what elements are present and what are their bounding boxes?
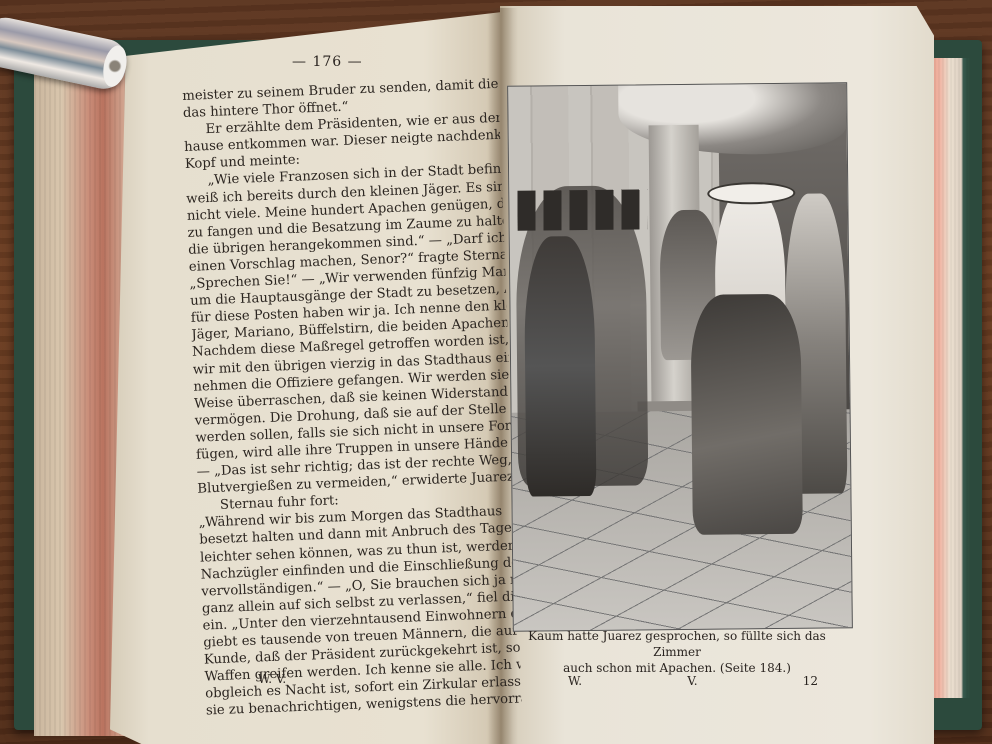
printer-signature: W. V. <box>258 672 286 686</box>
right-page-footer: W. V. 12 <box>568 674 818 688</box>
left-page-edges <box>34 60 126 736</box>
footer-sheet-number: 12 <box>803 674 818 688</box>
footer-signature-letter: W. <box>568 674 582 688</box>
illustration-soldier-caps <box>517 189 647 230</box>
illustration-apache-crouching <box>690 294 803 535</box>
caption-line: Kaum hatte Juarez gesprochen, so füllte … <box>512 628 842 660</box>
engraving-illustration <box>507 82 853 632</box>
footer-volume: V. <box>687 674 697 688</box>
page-number: — 176 — <box>292 54 363 70</box>
left-page-text: meister zu seinem Bruder zu senden, dami… <box>182 76 522 720</box>
illustration-officer <box>524 236 597 497</box>
illustration-caption: Kaum hatte Juarez gesprochen, so füllte … <box>512 628 842 676</box>
